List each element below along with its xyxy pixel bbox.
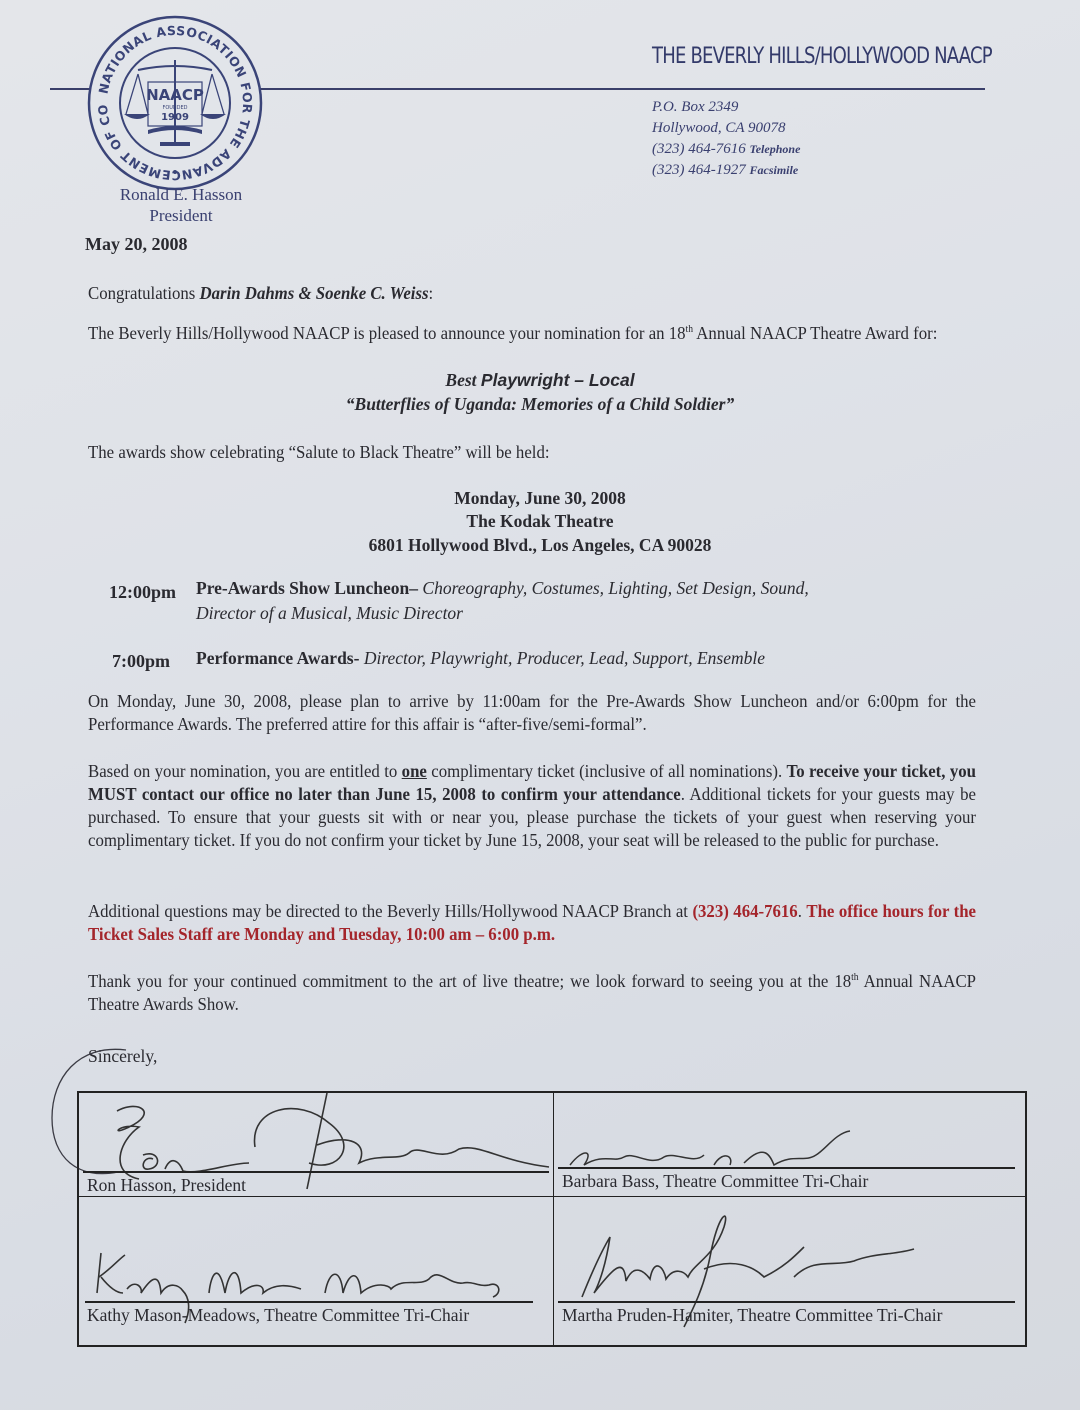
naacp-seal-icon: NATIONAL ASSOCIATION FOR THE ADVANCEMENT… (86, 14, 264, 192)
telephone-line: (323) 464-7616 Telephone (652, 139, 800, 160)
signature-line (85, 1301, 533, 1303)
schedule-performance: Performance Awards- Director, Playwright… (196, 646, 956, 671)
nominated-work: “Butterflies of Uganda: Memories of a Ch… (0, 393, 1080, 416)
signatory-president: Ron Hasson, President (87, 1175, 246, 1196)
signature-cell-pruden-hamiter: Martha Pruden-Hamiter, Theatre Committee… (554, 1197, 1025, 1345)
event-date: Monday, June 30, 2008 (0, 487, 1080, 510)
signatory-mason-meadows: Kathy Mason-Meadows, Theatre Committee T… (87, 1305, 469, 1326)
salutation: Congratulations Darin Dahms & Soenke C. … (88, 282, 976, 305)
nominee-names: Darin Dahms & Soenke C. Weiss (200, 283, 429, 303)
po-box: P.O. Box 2349 (652, 97, 800, 118)
fax-number: (323) 464-1927 (652, 162, 746, 178)
signatory-bass: Barbara Bass, Theatre Committee Tri-Chai… (562, 1171, 868, 1192)
fax-label: Facsimile (750, 163, 799, 177)
schedule-luncheon: Pre-Awards Show Luncheon– Choreography, … (196, 576, 956, 626)
svg-text:NAACP: NAACP (146, 86, 204, 104)
letter-page: NATIONAL ASSOCIATION FOR THE ADVANCEMENT… (0, 0, 1080, 1410)
signature-line (83, 1171, 549, 1173)
signature-cell-bass: Barbara Bass, Theatre Committee Tri-Chai… (554, 1093, 1025, 1197)
event-address: 6801 Hollywood Blvd., Los Angeles, CA 90… (0, 534, 1080, 557)
signature-line (558, 1301, 1015, 1303)
president-title: President (96, 205, 266, 226)
signature-table: Ron Hasson, President Barbara Bass, Thea… (77, 1091, 1027, 1347)
questions-paragraph: Additional questions may be directed to … (88, 900, 976, 946)
letter-date: May 20, 2008 (85, 234, 188, 255)
show-intro: The awards show celebrating “Salute to B… (88, 441, 976, 464)
telephone-label: Telephone (750, 142, 801, 156)
schedule-time-performance: 7:00pm (80, 651, 170, 672)
contact-phone[interactable]: (323) 464-7616 (692, 901, 797, 921)
ticket-paragraph: Based on your nomination, you are entitl… (88, 760, 976, 852)
organization-address: P.O. Box 2349 Hollywood, CA 90078 (323) … (652, 97, 800, 181)
award-category: Best Playwright – Local (0, 369, 1080, 392)
president-name: Ronald E. Hasson (96, 184, 266, 205)
svg-text:1909: 1909 (161, 112, 189, 123)
fax-line: (323) 464-1927 Facsimile (652, 160, 800, 181)
telephone-number: (323) 464-7616 (652, 141, 746, 157)
signature-cell-mason-meadows: Kathy Mason-Meadows, Theatre Committee T… (79, 1197, 554, 1345)
intro-paragraph: The Beverly Hills/Hollywood NAACP is ple… (88, 322, 976, 345)
signature-cell-president: Ron Hasson, President (79, 1093, 554, 1197)
city-state-zip: Hollywood, CA 90078 (652, 118, 800, 139)
arrival-paragraph: On Monday, June 30, 2008, please plan to… (88, 690, 976, 736)
organization-name: THE BEVERLY HILLS/HOLLYWOOD NAACP (652, 44, 992, 69)
signature-line (558, 1167, 1015, 1169)
signatory-pruden-hamiter: Martha Pruden-Hamiter, Theatre Committee… (562, 1305, 943, 1326)
event-venue: The Kodak Theatre (0, 510, 1080, 533)
ticket-count: one (402, 761, 427, 781)
schedule-time-luncheon: 12:00pm (86, 582, 176, 603)
svg-text:FOUNDED: FOUNDED (162, 105, 187, 111)
closing-paragraph: Thank you for your continued commitment … (88, 970, 976, 1016)
president-block: Ronald E. Hasson President (96, 184, 266, 226)
